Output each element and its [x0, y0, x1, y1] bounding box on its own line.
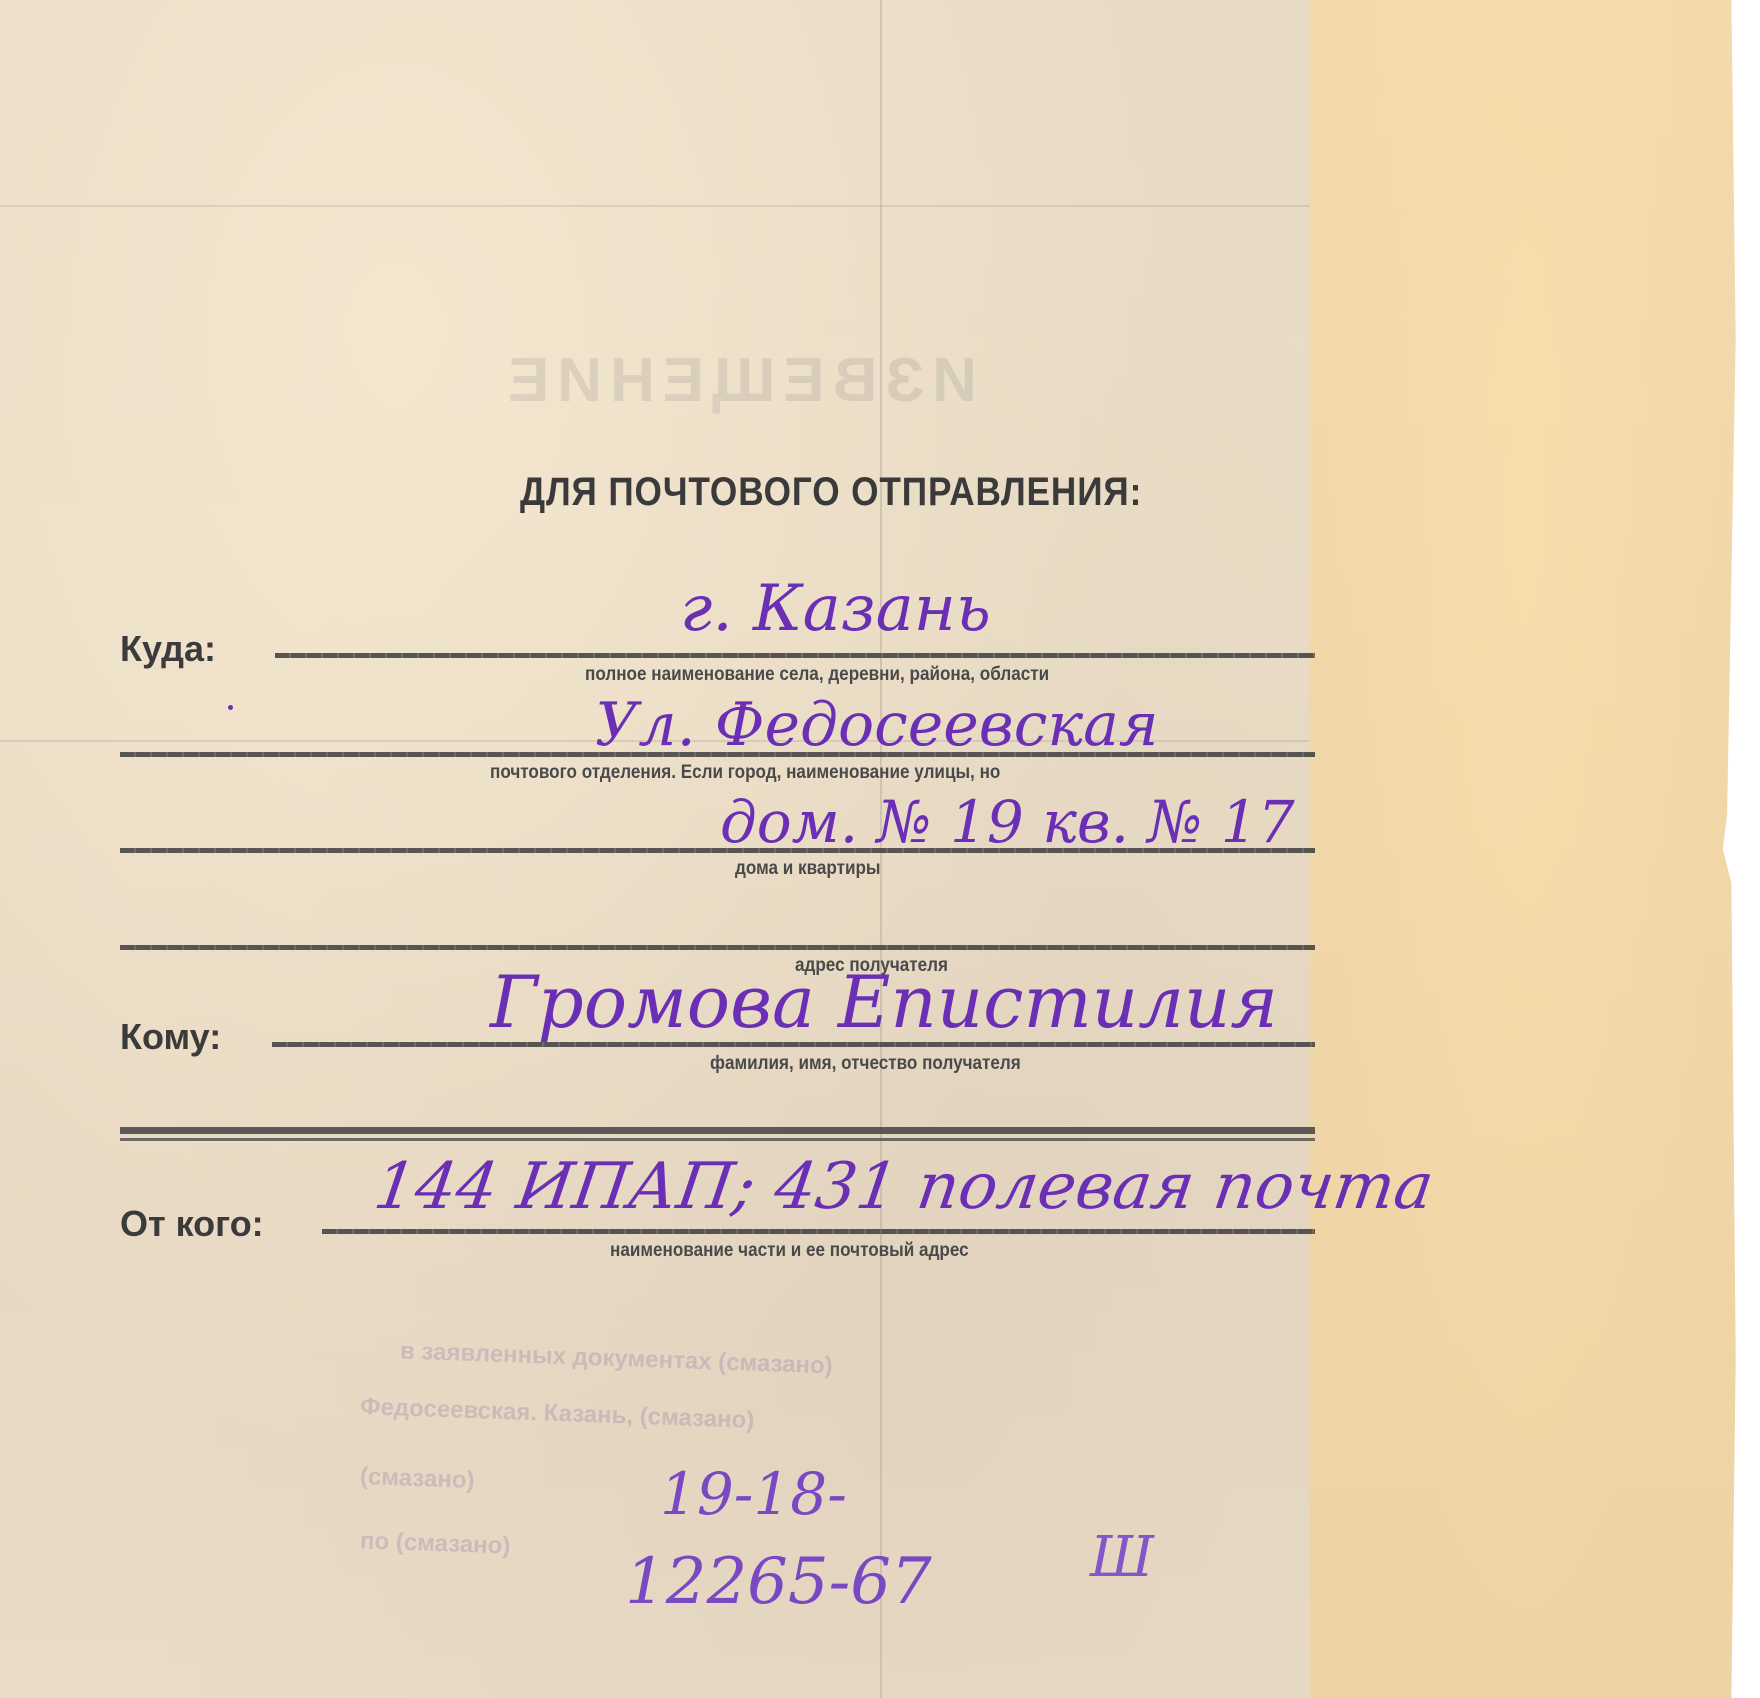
hint-address-3: дома и квартиры — [735, 858, 881, 880]
address-line-3 — [120, 848, 1315, 853]
address-line-4 — [120, 945, 1315, 950]
section-divider — [120, 1127, 1315, 1141]
to-whom-label: Кому: — [120, 1016, 221, 1058]
handwritten-street: Ул. Федосеевская — [595, 690, 1159, 760]
hint-recipient: фамилия, имя, отчество получателя — [710, 1053, 1021, 1075]
stamp-line-3: (смазано) — [360, 1463, 475, 1495]
handwritten-house: дом. № 19 кв. № 17 — [720, 788, 1295, 856]
hint-address-1: полное наименование села, деревни, район… — [585, 664, 1049, 686]
hint-sender: наименование части и ее почтовый адрес — [610, 1240, 969, 1262]
bleed-through-text: ИЗВЕЩЕНИЕ — [500, 345, 977, 416]
from-whom-label: От кого: — [120, 1203, 264, 1245]
handwritten-city: г. Казань — [680, 572, 991, 646]
to-where-label: Куда: — [120, 628, 216, 670]
form-heading: ДЛЯ ПОЧТОВОГО ОТПРАВЛЕНИЯ: — [520, 470, 1142, 515]
handwritten-sender: 144 ИПАП; 431 полевая почта — [370, 1150, 1438, 1224]
ink-dot — [228, 705, 233, 710]
fold-crease-horizontal — [0, 205, 1310, 207]
handwritten-recipient: Громова Епистилия — [490, 960, 1278, 1044]
handwritten-date: 19-18- — [660, 1460, 847, 1528]
address-line-1 — [275, 653, 1315, 658]
sender-line — [322, 1229, 1315, 1234]
handwritten-initials: Ш — [1090, 1525, 1154, 1590]
address-line-2 — [120, 752, 1315, 757]
recipient-line — [272, 1042, 1315, 1047]
handwritten-number: 12265-67 — [625, 1545, 932, 1619]
stamp-line-4: по (смазано) — [360, 1527, 511, 1560]
hint-address-2: почтового отделения. Если город, наимено… — [490, 762, 1000, 784]
backing-paper — [1310, 0, 1740, 1698]
